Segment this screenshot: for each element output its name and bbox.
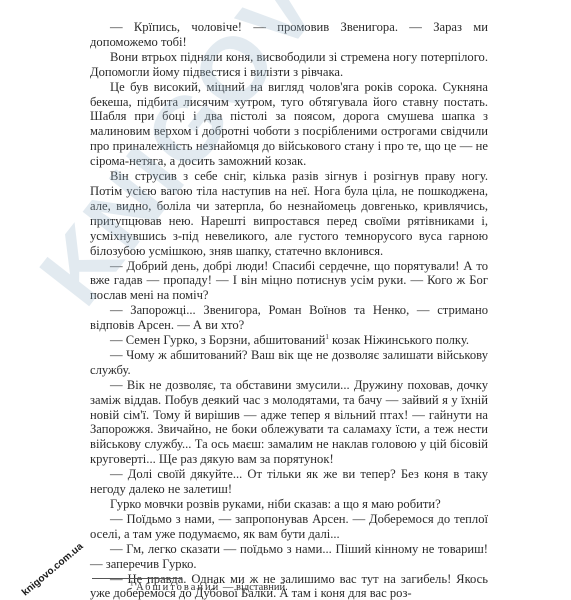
paragraph: — Вік не дозволяє, та обставини змусили.…	[90, 378, 488, 467]
paragraph-text: козак Ніжинського полку.	[329, 333, 469, 347]
paragraph: — Долі своїй дякуйте... От тільки як же …	[90, 467, 488, 497]
paragraph: Це був високий, міцний на вигляд чолов'я…	[90, 80, 488, 169]
footnote-definition: — відставний.	[220, 582, 287, 593]
paragraph: — Запорожці... Звенигора, Роман Воїнов т…	[90, 303, 488, 333]
paragraph: Гурко мовчки розвів руками, ніби сказав:…	[90, 497, 488, 512]
paragraph: — Чому ж абшитований? Ваш вік ще не дозв…	[90, 348, 488, 378]
paragraph: Вони втрьох підняли коня, висвободили зі…	[90, 50, 488, 80]
paragraph: — Крїпись, чоловіче! — промовив Звенигор…	[90, 20, 488, 50]
paragraph: — Поїдьмо з нами, — запропонував Арсен. …	[90, 512, 488, 542]
footnote-divider	[92, 578, 182, 579]
footnote: 1 Абшитований — відставний.	[130, 582, 288, 593]
watermark-small: knigovo.com.ua	[20, 541, 85, 598]
paragraph: — Добрий день, добрі люди! Спасибі серде…	[90, 259, 488, 304]
book-page-text: — Крїпись, чоловіче! — промовив Звенигор…	[90, 20, 488, 600]
paragraph: — Гм, легко сказати — поїдьмо з нами... …	[90, 542, 488, 572]
paragraph-with-footnote: — Семен Гурко, з Борзни, абшитований1 ко…	[90, 333, 488, 348]
footnote-marker: 1	[130, 580, 134, 588]
paragraph: Він струсив з себе сніг, кілька разів зі…	[90, 169, 488, 258]
paragraph-text: — Семен Гурко, з Борзни, абшитований	[110, 333, 325, 347]
footnote-term: Абшитований	[136, 582, 220, 593]
